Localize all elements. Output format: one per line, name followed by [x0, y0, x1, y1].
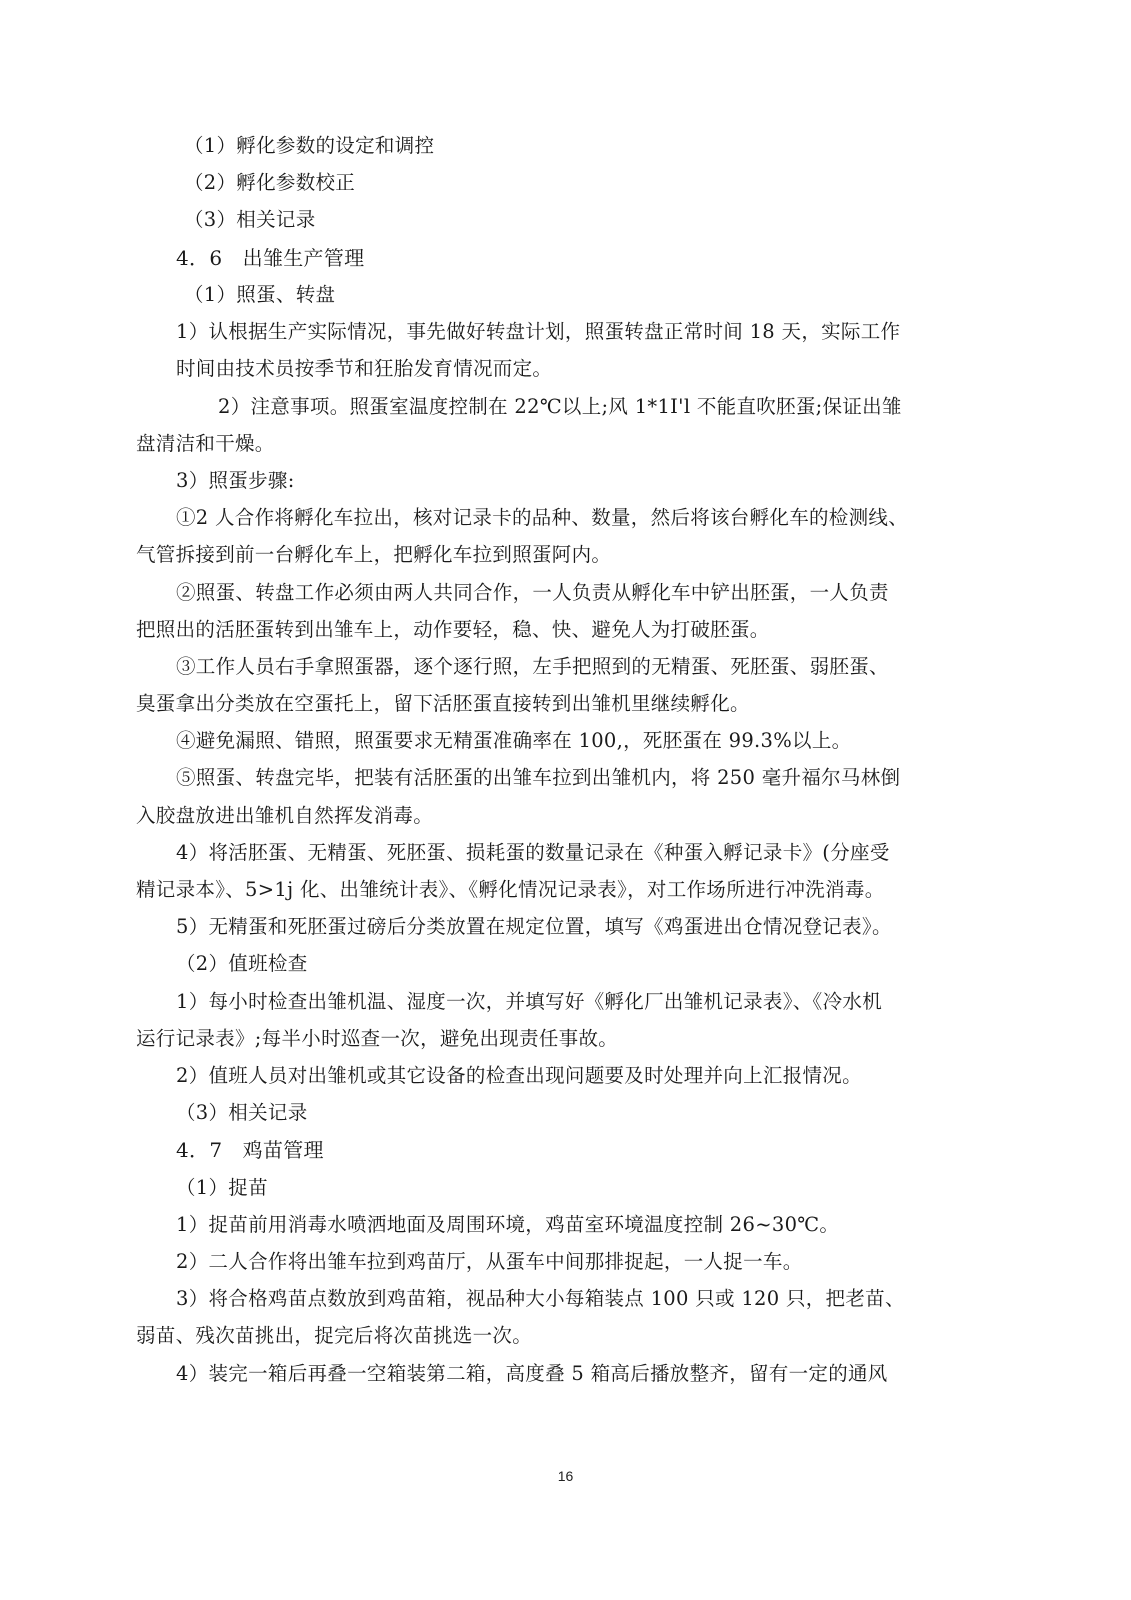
text-line: 弱苗、残次苗挑出，捉完后将次苗挑选一次。: [136, 1324, 532, 1348]
text-line: 1）认根据生产实际情况，事先做好转盘计划，照蛋转盘正常时间 18 天，实际工作: [176, 320, 900, 344]
document-page: （1）孵化参数的设定和调控（2）孵化参数校正（3）相关记录4．6 出雏生产管理（…: [0, 0, 1131, 1600]
text-line: （2）值班检查: [176, 952, 308, 976]
text-line: （1）孵化参数的设定和调控: [184, 134, 434, 158]
text-line: 2）注意事项。照蛋室温度控制在 22℃以上;风 1*1I'l 不能直吹胚蛋;保证…: [218, 395, 902, 419]
text-line: ②照蛋、转盘工作必须由两人共同合作，一人负责从孵化车中铲出胚蛋，一人负责: [176, 581, 889, 605]
text-line: ⑤照蛋、转盘完毕，把装有活胚蛋的出雏车拉到出雏机内，将 250 毫升福尔马林倒: [176, 766, 900, 790]
text-line: 2）二人合作将出雏车拉到鸡苗厅，从蛋车中间那排捉起，一人捉一车。: [176, 1250, 803, 1274]
text-line: 2）值班人员对出雏机或其它设备的检查出现问题要及时处理并向上汇报情况。: [176, 1064, 862, 1088]
text-line: 气管拆接到前一台孵化车上，把孵化车拉到照蛋阿内。: [136, 543, 611, 567]
text-line: 精记录本》、5>1j 化、出雏统计表》、《孵化情况记录表》，对工作场所进行冲洗消…: [136, 878, 885, 902]
text-line: 5）无精蛋和死胚蛋过磅后分类放置在规定位置，填写《鸡蛋进出仓情况登记表》。: [176, 915, 892, 939]
text-line: 1）每小时检查出雏机温、湿度一次，并填写好《孵化厂出雏机记录表》、《冷水机: [176, 990, 882, 1014]
text-line: （1）照蛋、转盘: [184, 283, 335, 307]
text-line: 盘清洁和干燥。: [136, 432, 275, 456]
text-line: 把照出的活胚蛋转到出雏车上，动作要轻，稳、快、避免人为打破胚蛋。: [136, 618, 770, 642]
text-line: 入胶盘放进出雏机自然挥发消毒。: [136, 804, 433, 828]
text-line: ③工作人员右手拿照蛋器，逐个逐行照，左手把照到的无精蛋、死胚蛋、弱胚蛋、: [176, 655, 889, 679]
text-line: 时间由技术员按季节和狂胎发育情况而定。: [176, 357, 552, 381]
text-line: 1）捉苗前用消毒水喷洒地面及周围环境，鸡苗室环境温度控制 26~30℃。: [176, 1213, 839, 1237]
text-line: 3）照蛋步骤:: [176, 469, 295, 493]
text-line: ①2 人合作将孵化车拉出，核对记录卡的品种、数量，然后将该台孵化车的检测线、: [176, 506, 908, 530]
text-line: 3）将合格鸡苗点数放到鸡苗箱，视品种大小每箱装点 100 只或 120 只，把老…: [176, 1287, 905, 1311]
section-heading: 4．6 出雏生产管理: [176, 246, 364, 270]
text-line: 臭蛋拿出分类放在空蛋托上，留下活胚蛋直接转到出雏机里继续孵化。: [136, 692, 750, 716]
text-line: （3）相关记录: [184, 208, 316, 232]
text-line: 4）装完一箱后再叠一空箱装第二箱，高度叠 5 箱高后播放整齐，留有一定的通风: [176, 1362, 888, 1386]
text-line: （1）捉苗: [176, 1176, 268, 1200]
page-number: 16: [0, 1468, 1131, 1484]
text-line: 4）将活胚蛋、无精蛋、死胚蛋、损耗蛋的数量记录在《种蛋入孵记录卡》(分座受: [176, 841, 890, 865]
text-line: ④避免漏照、错照，照蛋要求无精蛋准确率在 100,，死胚蛋在 99.3%以上。: [176, 729, 851, 753]
section-heading: 4．7 鸡苗管理: [176, 1138, 324, 1162]
text-line: 运行记录表》;每半小时巡查一次，避免出现责任事故。: [136, 1027, 618, 1051]
text-line: （3）相关记录: [176, 1101, 308, 1125]
text-line: （2）孵化参数校正: [184, 171, 355, 195]
